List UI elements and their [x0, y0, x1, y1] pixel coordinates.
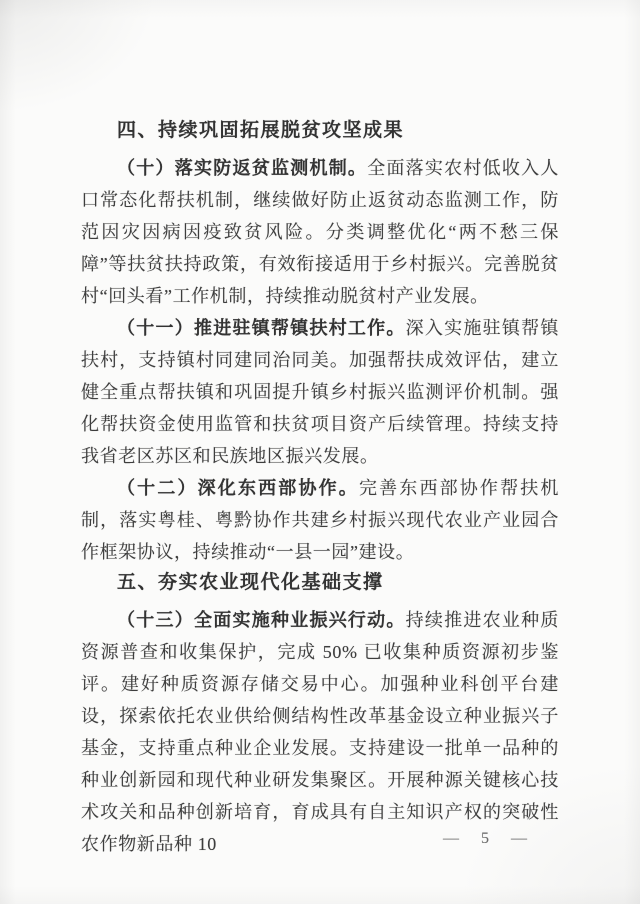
paragraph-item-13: （十三）全面实施种业振兴行动。持续推进农业种质资源普查和收集保护，完成 50% …	[81, 604, 559, 860]
paragraph-item-11: （十一）推进驻镇帮镇扶村工作。深入实施驻镇帮镇扶村，支持镇村同建同治同美。加强帮…	[81, 312, 559, 472]
paragraph-item-11-body: 深入实施驻镇帮镇扶村，支持镇村同建同治同美。加强帮扶成效评估，建立健全重点帮扶镇…	[81, 318, 559, 466]
paragraph-item-13-lead: （十三）全面实施种业振兴行动。	[117, 610, 406, 630]
paragraph-item-13-body: 持续推进农业种质资源普查和收集保护，完成 50% 已收集种质资源初步鉴评。建好种…	[81, 610, 559, 854]
page-number: — 5 —	[443, 830, 536, 848]
paragraph-item-10-lead: （十）落实防返贫监测机制。	[117, 158, 367, 178]
document-body: 四、持续巩固拓展脱贫攻坚成果 （十）落实防返贫监测机制。全面落实农村低收入人口常…	[81, 116, 559, 860]
section-heading-4: 四、持续巩固拓展脱贫攻坚成果	[81, 116, 559, 146]
paragraph-item-11-lead: （十一）推进驻镇帮镇扶村工作。	[117, 318, 406, 338]
paragraph-item-10: （十）落实防返贫监测机制。全面落实农村低收入人口常态化帮扶机制，继续做好防止返贫…	[81, 152, 559, 312]
paragraph-item-10-body: 全面落实农村低收入人口常态化帮扶机制，继续做好防止返贫动态监测工作，防范因灾因病…	[81, 158, 559, 306]
paragraph-item-12: （十二）深化东西部协作。完善东西部协作帮扶机制，落实粤桂、粤黔协作共建乡村振兴现…	[81, 472, 559, 568]
paragraph-item-12-lead: （十二）深化东西部协作。	[117, 478, 359, 498]
section-heading-5: 五、夯实农业现代化基础支撑	[81, 568, 559, 598]
